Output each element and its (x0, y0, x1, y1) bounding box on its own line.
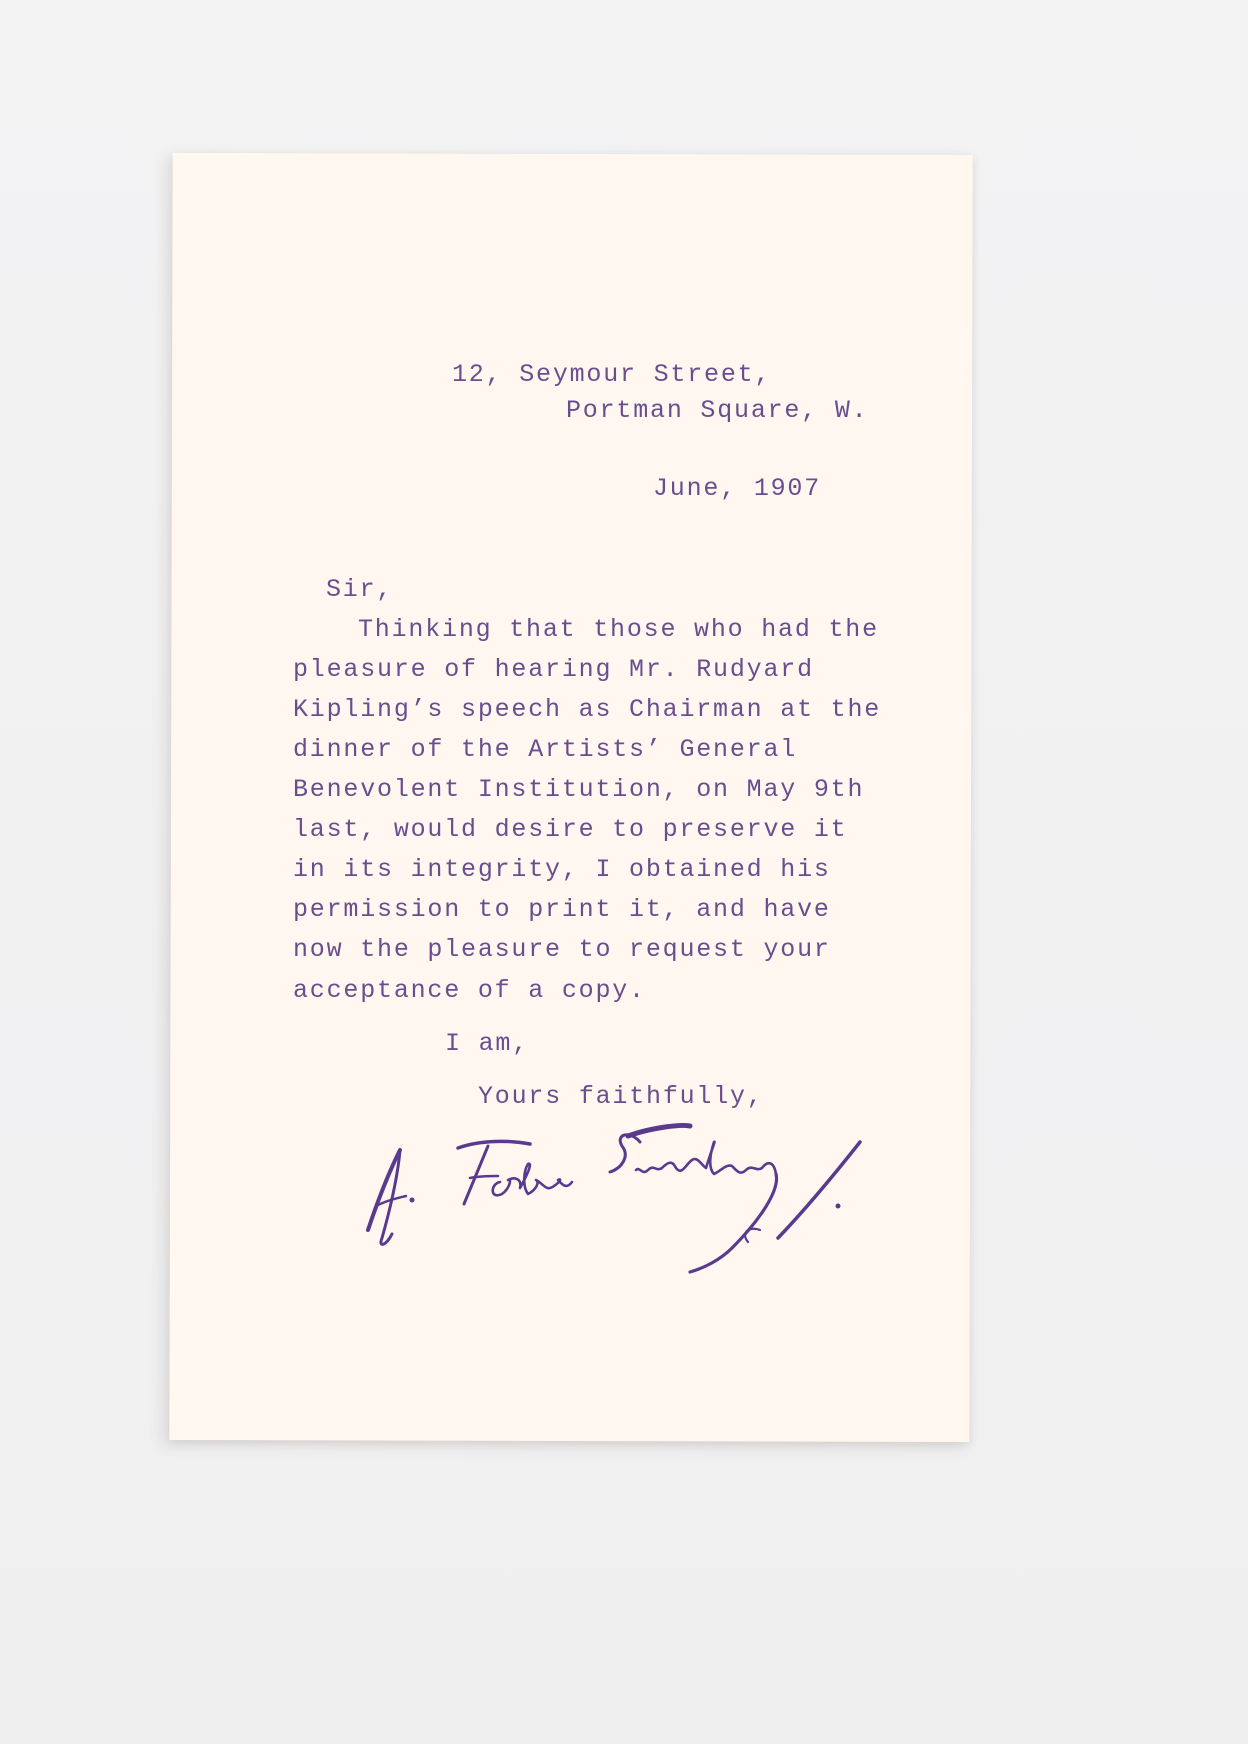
body-line: last, would desire to preserve it (293, 815, 847, 844)
handwritten-signature (360, 1120, 880, 1280)
body-line: acceptance of a copy. (293, 976, 646, 1005)
body-line: now the pleasure to request your (293, 935, 831, 964)
body-line: dinner of the Artists’ General (293, 735, 797, 764)
closing-yours-faithfully: Yours faithfully, (478, 1082, 764, 1111)
salutation: Sir, (326, 575, 393, 604)
body-line: Thinking that those who had the (358, 615, 879, 644)
body-line: permission to print it, and have (293, 895, 831, 924)
body-line: Kipling’s speech as Chairman at the (293, 695, 881, 724)
address-line-2: Portman Square, W. (566, 396, 868, 425)
body-line: in its integrity, I obtained his (293, 855, 831, 884)
closing-i-am: I am, (445, 1029, 529, 1058)
address-line-1: 12, Seymour Street, (452, 360, 771, 389)
body-line: Benevolent Institution, on May 9th (293, 775, 864, 804)
letter-date: June, 1907 (653, 474, 821, 503)
body-line: pleasure of hearing Mr. Rudyard (293, 655, 814, 684)
